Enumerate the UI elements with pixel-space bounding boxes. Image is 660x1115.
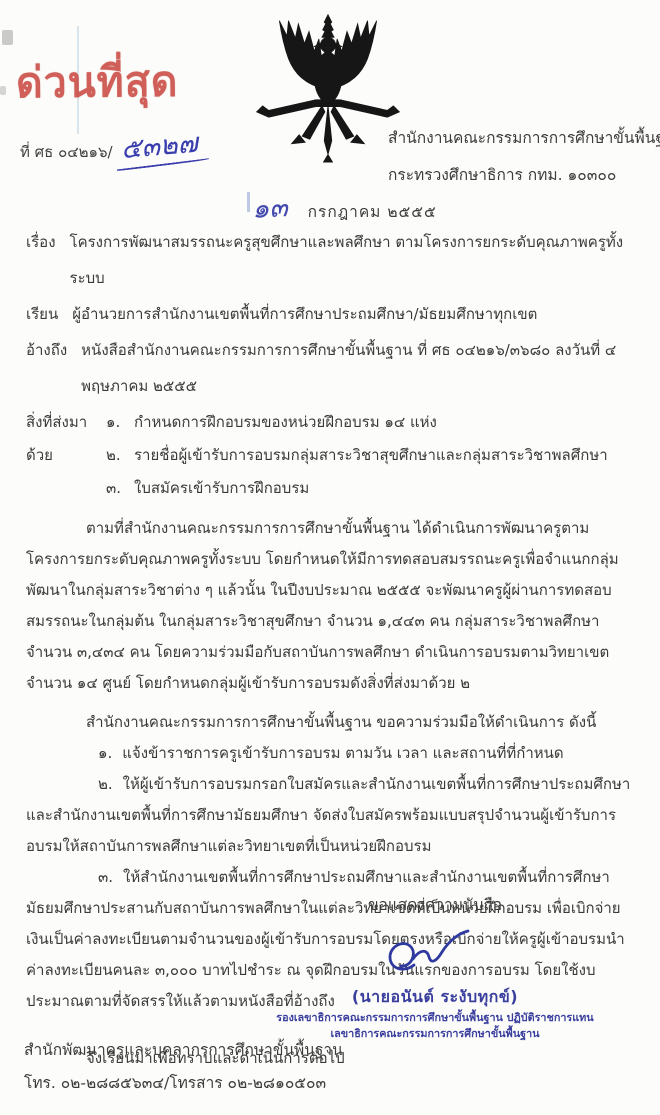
request-item: ๑.แจ้งข้าราชการครูเข้ารับการอบรม ตามวัน … bbox=[26, 738, 642, 769]
recipient-row: เรียน ผู้อำนวยการสำนักงานเขตพื้นที่การศึ… bbox=[26, 296, 642, 332]
signoff-block: ขอแสดงความนับถือ (นายอนันต์ ระงับทุกข์) … bbox=[225, 892, 645, 1042]
attachment-item: ๓. ใบสมัครเข้ารับการฝึกอบรม bbox=[106, 472, 608, 505]
garuda-emblem-icon bbox=[252, 12, 404, 174]
request-item-no: ๒. bbox=[98, 775, 113, 793]
attachment-no: ๑. bbox=[106, 406, 134, 439]
attachment-no: ๒. bbox=[106, 439, 134, 472]
scan-streak bbox=[247, 192, 250, 212]
attachments-block: สิ่งที่ส่งมาด้วย ๑. กำหนดการฝึกอบรมของหน… bbox=[26, 406, 642, 505]
subject-label: เรื่อง bbox=[26, 224, 56, 296]
official-letter-page: ด่วนที่สุด ที่ ศธ ๐๔๒๑๖/๕๓๒๗ bbox=[0, 0, 660, 1115]
reference-text: หนังสือสำนักงานคณะกรรมการการศึกษาขั้นพื้… bbox=[81, 332, 642, 404]
attachment-text: ใบสมัครเข้ารับการฝึกอบรม bbox=[134, 472, 309, 505]
attachment-no: ๓. bbox=[106, 472, 134, 505]
reference-row: อ้างถึง หนังสือสำนักงานคณะกรรมการการศึกษ… bbox=[26, 332, 642, 404]
agency-line1: สำนักงานคณะกรรมการการศึกษาขั้นพื้นฐาน bbox=[388, 120, 660, 157]
request-item-no: ๑. bbox=[98, 744, 112, 762]
attachment-item: ๑. กำหนดการฝึกอบรมของหน่วยฝึกอบรม ๑๔ แห่… bbox=[106, 406, 608, 439]
request-item-no: ๓. bbox=[98, 868, 113, 886]
attachment-text: รายชื่อผู้เข้ารับการอบรมกลุ่มสาระวิชาสุข… bbox=[134, 439, 608, 472]
document-number-prefix: ที่ ศธ ๐๔๒๑๖/ bbox=[20, 143, 113, 161]
scan-smudge bbox=[2, 30, 13, 45]
request-item-text: แจ้งข้าราชการครูเข้ารับการอบรม ตามวัน เว… bbox=[122, 744, 563, 762]
recipient-label: เรียน bbox=[26, 296, 58, 332]
document-number-handwritten: ๕๓๒๗ bbox=[119, 121, 199, 171]
request-item: ๒.ให้ผู้เข้ารับการอบรมกรอกใบสมัครและสำนั… bbox=[26, 769, 642, 862]
request-item-text: ให้ผู้เข้ารับการอบรมกรอกใบสมัครและสำนักง… bbox=[26, 775, 630, 855]
attachment-item: ๒. รายชื่อผู้เข้ารับการอบรมกลุ่มสาระวิชา… bbox=[106, 439, 608, 472]
attachment-text: กำหนดการฝึกอบรมของหน่วยฝึกอบรม ๑๔ แห่ง bbox=[134, 406, 437, 439]
signer-title-line1: รองเลขาธิการคณะกรรมการการศึกษาขั้นพื้นฐา… bbox=[225, 1010, 645, 1026]
footer-department: สำนักพัฒนาครูและบุคลากรการศึกษาขั้นพื้นฐ… bbox=[24, 1034, 343, 1067]
salutation: ขอแสดงความนับถือ bbox=[225, 892, 645, 917]
reference-label: อ้างถึง bbox=[26, 332, 67, 404]
date-line: ๑๓ กรกฎาคม ๒๕๕๕ bbox=[252, 186, 437, 229]
issuing-agency: สำนักงานคณะกรรมการการศึกษาขั้นพื้นฐาน กร… bbox=[388, 120, 660, 194]
request-intro: สำนักงานคณะกรรมการการศึกษาขั้นพื้นฐาน ขอ… bbox=[26, 707, 642, 738]
handwritten-signature-icon bbox=[225, 925, 645, 983]
document-number: ที่ ศธ ๐๔๒๑๖/๕๓๒๗ bbox=[20, 126, 198, 169]
subject-text: โครงการพัฒนาสมรรถนะครูสุขศึกษาและพลศึกษา… bbox=[70, 224, 642, 296]
urgency-stamp: ด่วนที่สุด bbox=[16, 48, 179, 117]
signer-name: (นายอนันต์ ระงับทุกข์) bbox=[225, 985, 645, 1010]
scan-smudge bbox=[0, 86, 6, 95]
footer-block: สำนักพัฒนาครูและบุคลากรการศึกษาขั้นพื้นฐ… bbox=[24, 1034, 343, 1100]
body-paragraph-1: ตามที่สำนักงานคณะกรรมการการศึกษาขั้นพื้น… bbox=[26, 513, 642, 699]
recipient-text: ผู้อำนวยการสำนักงานเขตพื้นที่การศึกษาประ… bbox=[72, 296, 537, 332]
subject-row: เรื่อง โครงการพัฒนาสมรรถนะครูสุขศึกษาและ… bbox=[26, 224, 642, 296]
attachments-label: สิ่งที่ส่งมาด้วย bbox=[26, 406, 106, 505]
footer-contact: โทร. ๐๒-๒๘๘๕๖๓๔/โทรสาร ๐๒-๒๘๑๐๕๐๓ bbox=[24, 1067, 343, 1100]
date-month-year: กรกฎาคม ๒๕๕๕ bbox=[308, 199, 437, 224]
